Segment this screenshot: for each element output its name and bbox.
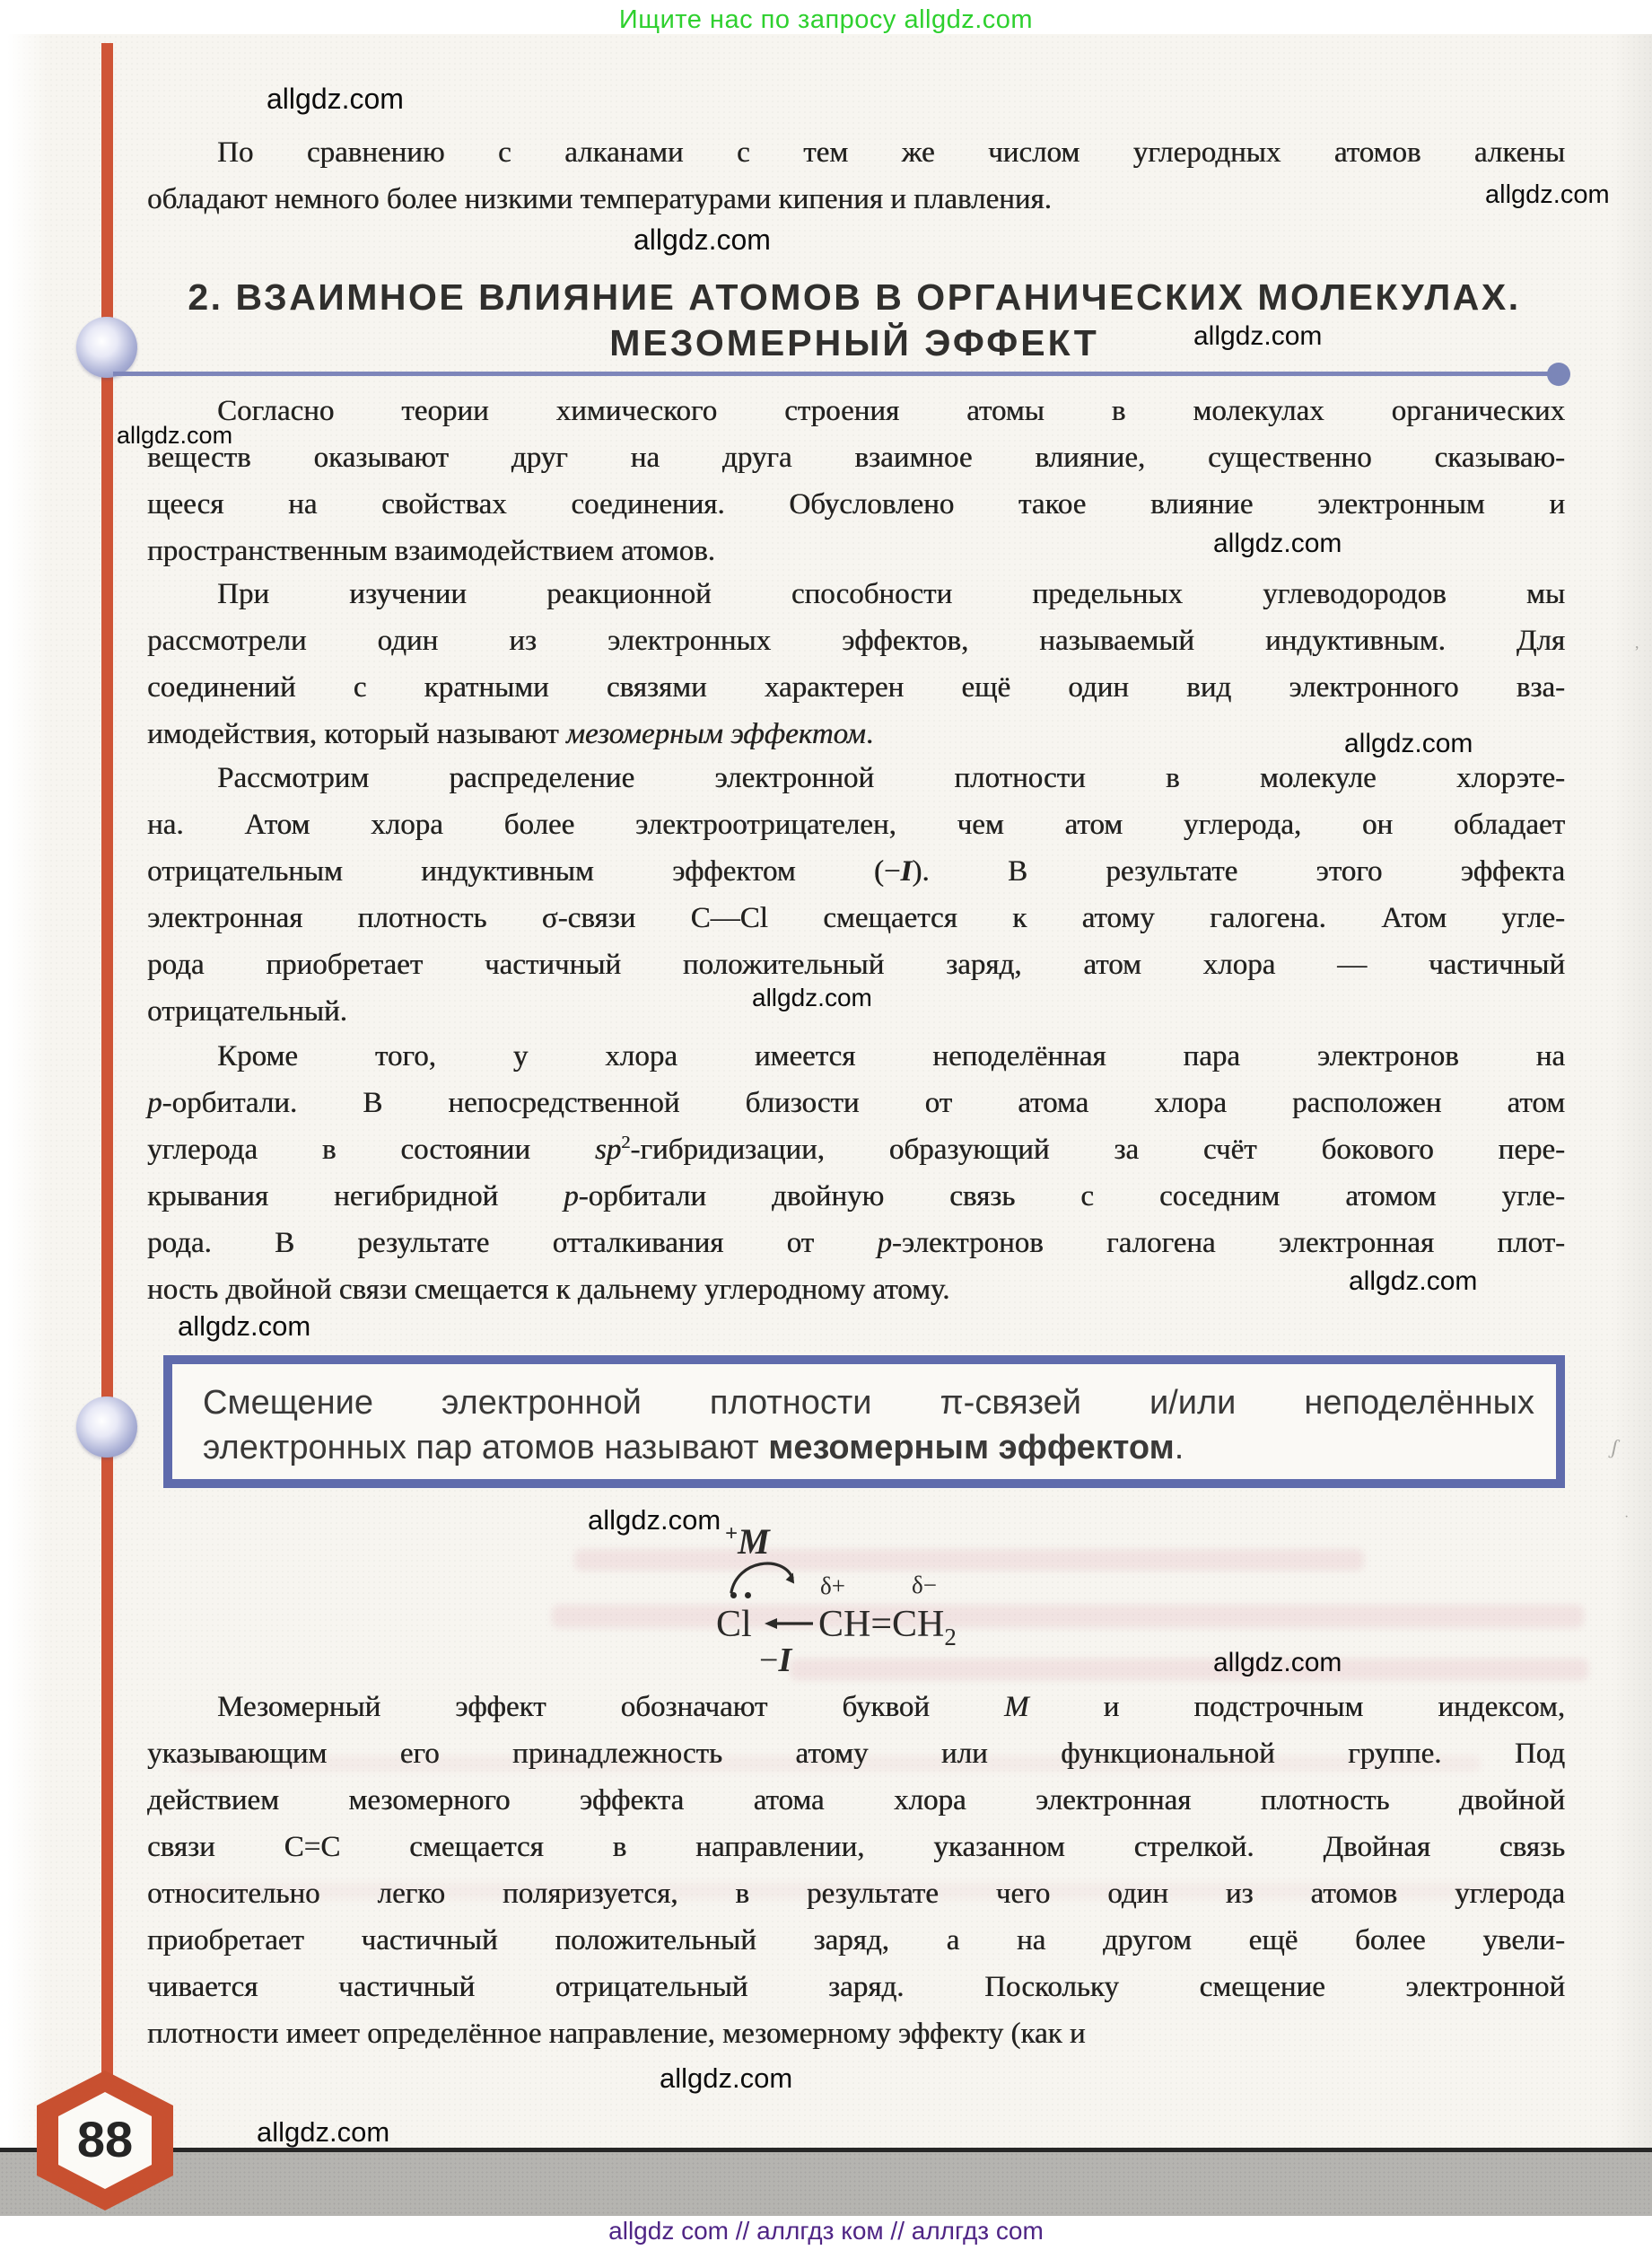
text-line: Смещение электронной плотности π-связей …: [203, 1380, 1534, 1425]
bleedthrough-smudge: [790, 1659, 1588, 1680]
watermark: allgdz.com: [660, 2062, 792, 2095]
mesomeric-curved-arrow-icon: [727, 1554, 804, 1596]
text-line: углерода в состоянии sp2-гибридизации, о…: [147, 1126, 1565, 1173]
body-paragraph: Согласно теории химического строения ато…: [147, 388, 1565, 574]
scan-speck: ·: [1624, 1510, 1629, 1526]
text-segment: p: [564, 1180, 579, 1213]
text-segment: -орбитали. В непосредственной близости о…: [162, 1087, 1566, 1119]
lone-pair-dot-icon: [730, 1592, 737, 1598]
watermark: allgdz.com: [117, 422, 232, 450]
page-left-edge: [0, 34, 49, 2149]
text-segment: .: [866, 718, 873, 750]
text-line: действием мезомерного эффекта атома хлор…: [147, 1777, 1565, 1824]
watermark: allgdz.com: [257, 2116, 389, 2149]
scan-speck: ,: [1635, 634, 1639, 652]
text-segment: рода. В результате отталкивания от: [147, 1227, 877, 1259]
formula-cl-atom: Cl: [716, 1603, 752, 1646]
text-segment: 2: [621, 1133, 630, 1152]
formula-delta-plus-label: δ+: [820, 1572, 845, 1600]
definition-box: Смещение электронной плотности π-связей …: [163, 1355, 1565, 1488]
text-segment: p: [877, 1227, 892, 1259]
text-segment: электронная плотность σ-связи С—Сl смеща…: [147, 902, 1565, 934]
formula-minus-i-label: −I: [759, 1641, 791, 1680]
text-segment: щееся на свойствах соединения. Обусловле…: [147, 488, 1565, 521]
text-segment: -электронов галогена электронная плот-: [892, 1227, 1565, 1259]
bleedthrough-smudge: [552, 1605, 1584, 1628]
text-line: относительно легко поляризуется, в резул…: [147, 1870, 1565, 1917]
text-line: Кроме того, у хлора имеется неподелённая…: [147, 1033, 1565, 1080]
text-segment: p: [147, 1087, 162, 1119]
text-segment: M: [1004, 1691, 1029, 1723]
body-paragraph: По сравнению с алканами с тем же числом …: [147, 129, 1565, 223]
text-line: плотности имеет определённое направление…: [147, 2010, 1565, 2057]
formula-delta-minus-label: δ−: [912, 1571, 937, 1599]
text-segment: Согласно теории химического строения ато…: [217, 395, 1565, 427]
text-line: Рассмотрим распределение электронной пло…: [147, 755, 1565, 801]
text-segment: и подстрочным индексом,: [1029, 1691, 1565, 1723]
text-line: рассмотрели один из электронных эффектов…: [147, 617, 1565, 664]
text-segment: отрицательный.: [147, 995, 347, 1028]
text-line: p-орбитали. В непосредственной близости …: [147, 1080, 1565, 1126]
text-line: электронная плотность σ-связи С—Сl смеща…: [147, 895, 1565, 941]
page-right-edge: [1612, 34, 1652, 2149]
section-heading-line2: МЕЗОМЕРНЫЙ ЭФФЕКТ: [118, 320, 1590, 365]
lone-pair-dot-icon: [745, 1592, 751, 1598]
text-line: обладают немного более низкими температу…: [147, 176, 1565, 223]
text-line: рода. В результате отталкивания от p-эле…: [147, 1220, 1565, 1266]
text-line: электронных пар атомов называют мезомерн…: [203, 1425, 1534, 1470]
text-segment: на. Атом хлора более электроотрицателен,…: [147, 809, 1565, 841]
text-line: на. Атом хлора более электроотрицателен,…: [147, 801, 1565, 848]
text-segment: чивается частичный отрицательный заряд. …: [147, 1971, 1565, 2003]
watermark: allgdz.com: [178, 1310, 310, 1343]
text-segment: плотности имеет определённое направление…: [147, 2018, 1086, 2050]
watermark: allgdz.com: [1485, 180, 1610, 210]
text-line: По сравнению с алканами с тем же числом …: [147, 129, 1565, 176]
body-paragraph: Мезомерный эффект обозначают буквой M и …: [147, 1684, 1565, 2057]
text-segment: отрицательным индуктивным эффектом (−: [147, 855, 901, 888]
watermark: allgdz.com: [1213, 1648, 1342, 1678]
section-rule-end-dot-icon: [1547, 363, 1570, 386]
text-segment: При изучении реакционной способности пре…: [217, 578, 1565, 610]
inductive-shift-arrow-icon: [763, 1615, 817, 1633]
watermark: allgdz.com: [634, 223, 771, 257]
text-line: Согласно теории химического строения ато…: [147, 388, 1565, 434]
watermark: allgdz.com: [752, 984, 872, 1012]
definition-box-text: Смещение электронной плотности π-связей …: [203, 1380, 1534, 1470]
text-segment: -орбитали двойную связь с соседним атомо…: [579, 1180, 1565, 1213]
text-segment: пространственным взаимодействием атомов.: [147, 535, 715, 567]
text-segment: .: [1175, 1429, 1184, 1466]
watermark: allgdz.com: [1349, 1266, 1477, 1297]
text-line: рода приобретает частичный положительный…: [147, 941, 1565, 988]
section-rule: [113, 372, 1559, 376]
definition-box-ball-icon: [76, 1396, 137, 1458]
text-segment: ность двойной связи смещается к дальнему…: [147, 1274, 949, 1306]
watermark: allgdz.com: [588, 1504, 721, 1536]
text-segment: ). В результате этого эффекта: [912, 855, 1565, 888]
text-line: соединений с кратными связями характерен…: [147, 664, 1565, 711]
text-line: пространственным взаимодействием атомов.: [147, 528, 1565, 574]
text-segment: действием мезомерного эффекта атома хлор…: [147, 1784, 1565, 1817]
watermark: allgdz.com: [1193, 321, 1322, 352]
text-line: щееся на свойствах соединения. Обусловле…: [147, 481, 1565, 528]
text-line: связи С=С смещается в направлении, указа…: [147, 1824, 1565, 1870]
footer-links: allgdz com // аллгдз ком // аллгдз com: [0, 2217, 1652, 2246]
search-notice-text: Ищите нас по запросу allgdz.com: [0, 5, 1652, 35]
text-line: При изучении реакционной способности пре…: [147, 571, 1565, 617]
text-segment: имодействия, который называют: [147, 718, 566, 750]
text-line: Мезомерный эффект обозначают буквой M и …: [147, 1684, 1565, 1730]
footer-scan-bar: [0, 2152, 1652, 2216]
text-segment: По сравнению с алканами с тем же числом …: [217, 136, 1565, 169]
page-number-badge: 88: [37, 2071, 173, 2211]
text-line: приобретает частичный положительный заря…: [147, 1917, 1565, 1964]
formula-subscript-2: 2: [944, 1624, 957, 1650]
text-segment: мезомерным эффектом: [566, 718, 866, 750]
text-segment: крывания негибридной: [147, 1180, 564, 1213]
text-segment: относительно легко поляризуется, в резул…: [147, 1878, 1565, 1910]
text-line: крывания негибридной p-орбитали двойную …: [147, 1173, 1565, 1220]
text-segment: рода приобретает частичный положительный…: [147, 949, 1565, 981]
text-line: веществ оказывают друг на друга взаимное…: [147, 434, 1565, 481]
text-segment: указывающим его принадлежность атому или…: [147, 1738, 1565, 1770]
text-segment: обладают немного более низкими температу…: [147, 183, 1052, 215]
text-segment: Кроме того, у хлора имеется неподелённая…: [217, 1040, 1565, 1072]
text-line: отрицательным индуктивным эффектом (−I).…: [147, 848, 1565, 895]
text-segment: Рассмотрим распределение электронной пло…: [217, 762, 1565, 794]
section-heading: 2. ВЗАИМНОЕ ВЛИЯНИЕ АТОМОВ В ОРГАНИЧЕСКИ…: [118, 275, 1590, 365]
text-segment: соединений с кратными связями характерен…: [147, 671, 1565, 704]
bleedthrough-smudge: [574, 1549, 1364, 1571]
text-segment: I: [901, 855, 913, 888]
section-heading-line1: 2. ВЗАИМНОЕ ВЛИЯНИЕ АТОМОВ В ОРГАНИЧЕСКИ…: [118, 275, 1590, 320]
watermark: allgdz.com: [267, 83, 404, 116]
text-segment: углерода в состоянии: [147, 1134, 595, 1166]
text-segment: Смещение электронной плотности π-связей …: [203, 1384, 1534, 1422]
text-segment: электронных пар атомов называют: [203, 1429, 768, 1466]
text-segment: связи С=С смещается в направлении, указа…: [147, 1831, 1565, 1863]
text-segment: рассмотрели один из электронных эффектов…: [147, 625, 1565, 657]
page-number: 88: [37, 2110, 173, 2168]
watermark: allgdz.com: [1213, 529, 1342, 559]
text-segment: приобретает частичный положительный заря…: [147, 1924, 1565, 1957]
text-segment: Мезомерный эффект обозначают буквой: [217, 1691, 1004, 1723]
text-line: чивается частичный отрицательный заряд. …: [147, 1964, 1565, 2010]
text-segment: sp: [595, 1134, 621, 1166]
scanned-textbook-page: { "colors": { "paper": "#f7f5f0", "accen…: [0, 0, 1652, 2250]
text-segment: веществ оказывают друг на друга взаимное…: [147, 442, 1565, 474]
text-segment: мезомерным эффектом: [768, 1429, 1175, 1466]
text-segment: -гибридизации, образующий за счёт боково…: [630, 1134, 1565, 1166]
watermark: allgdz.com: [1344, 729, 1473, 759]
text-line: указывающим его принадлежность атому или…: [147, 1730, 1565, 1777]
formula-carbon-chain: CH=CH2: [818, 1603, 957, 1651]
